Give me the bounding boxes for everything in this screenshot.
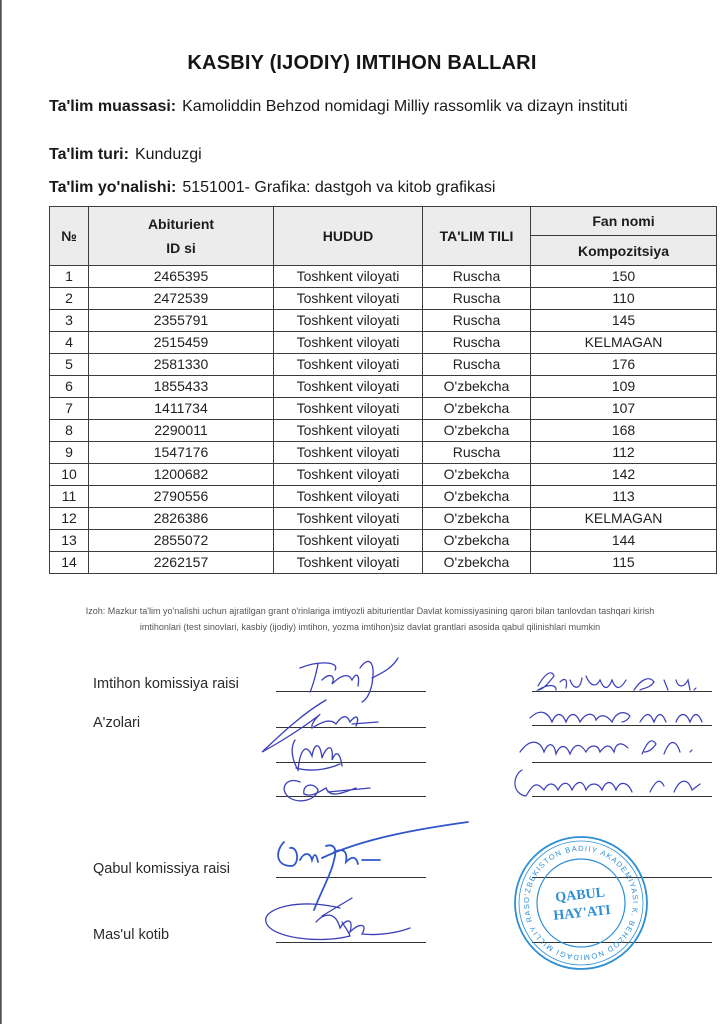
table-row: 22472539Toshkent viloyatiRuscha110 — [50, 288, 717, 310]
members-label: A'zolari — [93, 715, 140, 731]
table-row: 52581330Toshkent viloyatiRuscha176 — [50, 354, 717, 376]
footnote-line1: Izoh: Mazkur ta'lim yo'nalishi uchun ajr… — [50, 603, 690, 619]
name-line — [532, 691, 712, 692]
signature-line — [276, 942, 426, 943]
scan-edge — [0, 0, 2, 1024]
applicant-id-cell: 2515459 — [89, 332, 274, 354]
applicant-id-cell: 2581330 — [89, 354, 274, 376]
row-number-cell: 2 — [50, 288, 89, 310]
row-number-cell: 8 — [50, 420, 89, 442]
language-cell: O'zbekcha — [423, 376, 531, 398]
table-body: 12465395Toshkent viloyatiRuscha150224725… — [50, 266, 717, 574]
table-row: 32355791Toshkent viloyatiRuscha145 — [50, 310, 717, 332]
language-cell: O'zbekcha — [423, 464, 531, 486]
study-direction-value: 5151001- Grafika: dastgoh va kitob grafi… — [182, 179, 495, 196]
row-number-cell: 4 — [50, 332, 89, 354]
applicant-id-cell: 1411734 — [89, 398, 274, 420]
header-applicant-id: Abiturient ID si — [89, 207, 274, 266]
score-cell: 115 — [531, 552, 717, 574]
language-cell: O'zbekcha — [423, 508, 531, 530]
row-number-cell: 14 — [50, 552, 89, 574]
applicant-id-cell: 2290011 — [89, 420, 274, 442]
region-cell: Toshkent viloyati — [274, 332, 423, 354]
score-cell: 110 — [531, 288, 717, 310]
applicant-id-cell: 2262157 — [89, 552, 274, 574]
exam-chair-label: Imtihon komissiya raisi — [93, 676, 239, 692]
language-cell: O'zbekcha — [423, 552, 531, 574]
table-row: 82290011Toshkent viloyatiO'zbekcha168 — [50, 420, 717, 442]
study-type-label: Ta'lim turi: — [49, 146, 129, 163]
region-cell: Toshkent viloyati — [274, 464, 423, 486]
row-number-cell: 6 — [50, 376, 89, 398]
score-cell: 176 — [531, 354, 717, 376]
signature-line — [276, 762, 426, 763]
stamp-center-line2: HAY'ATI — [553, 903, 612, 924]
region-cell: Toshkent viloyati — [274, 376, 423, 398]
row-number-cell: 10 — [50, 464, 89, 486]
document-title: KASBIY (IJODIY) IMTIHON BALLARI — [0, 52, 724, 75]
score-cell: KELMAGAN — [531, 332, 717, 354]
applicant-id-cell: 1855433 — [89, 376, 274, 398]
language-cell: O'zbekcha — [423, 530, 531, 552]
table-row: 61855433Toshkent viloyatiO'zbekcha109 — [50, 376, 717, 398]
row-number-cell: 7 — [50, 398, 89, 420]
score-cell: 142 — [531, 464, 717, 486]
score-cell: 150 — [531, 266, 717, 288]
region-cell: Toshkent viloyati — [274, 530, 423, 552]
region-cell: Toshkent viloyati — [274, 288, 423, 310]
admission-chair-label: Qabul komissiya raisi — [93, 861, 230, 877]
header-applicant-id-line2: ID si — [89, 236, 273, 260]
region-cell: Toshkent viloyati — [274, 552, 423, 574]
institution-label: Ta'lim muassasi: — [49, 98, 176, 115]
header-subject: Kompozitsiya — [531, 236, 717, 266]
language-cell: Ruscha — [423, 266, 531, 288]
footnote-line2: imtihonlari (test sinovlari, kasbiy (ijo… — [50, 619, 690, 635]
study-type-line: Ta'lim turi:Kunduzgi — [49, 146, 202, 164]
score-cell: 109 — [531, 376, 717, 398]
table-row: 71411734Toshkent viloyatiO'zbekcha107 — [50, 398, 717, 420]
row-number-cell: 9 — [50, 442, 89, 464]
language-cell: O'zbekcha — [423, 420, 531, 442]
scores-table: № Abiturient ID si HUDUD TA'LIM TILI Fan… — [49, 206, 717, 574]
secretary-label: Mas'ul kotib — [93, 927, 169, 943]
header-subject-group: Fan nomi — [531, 207, 717, 236]
row-number-cell: 13 — [50, 530, 89, 552]
language-cell: Ruscha — [423, 310, 531, 332]
institution-value: Kamoliddin Behzod nomidagi Milliy rassom… — [182, 98, 628, 115]
region-cell: Toshkent viloyati — [274, 310, 423, 332]
language-cell: O'zbekcha — [423, 486, 531, 508]
signature-line — [276, 877, 426, 878]
score-cell: 145 — [531, 310, 717, 332]
study-direction-label: Ta'lim yo'nalishi: — [49, 179, 176, 196]
applicant-id-cell: 1200682 — [89, 464, 274, 486]
stamp-center-line1: QABUL — [555, 885, 606, 905]
admission-stamp: O'ZBEKISTON BADIIY AKADEMIYASI K. BEHZOD… — [511, 833, 651, 973]
region-cell: Toshkent viloyati — [274, 420, 423, 442]
table-row: 101200682Toshkent viloyatiO'zbekcha142 — [50, 464, 717, 486]
signature-line — [276, 727, 426, 728]
institution-line: Ta'lim muassasi:Kamoliddin Behzod nomida… — [49, 98, 628, 116]
score-cell: 112 — [531, 442, 717, 464]
region-cell: Toshkent viloyati — [274, 354, 423, 376]
study-type-value: Kunduzgi — [135, 146, 202, 163]
study-direction-line: Ta'lim yo'nalishi:5151001- Grafika: dast… — [49, 179, 495, 197]
row-number-cell: 12 — [50, 508, 89, 530]
name-line — [532, 762, 712, 763]
signature-line — [276, 691, 426, 692]
table-row: 132855072Toshkent viloyatiO'zbekcha144 — [50, 530, 717, 552]
name-line — [532, 796, 712, 797]
table-row: 122826386Toshkent viloyatiO'zbekchaKELMA… — [50, 508, 717, 530]
score-cell: 168 — [531, 420, 717, 442]
table-row: 42515459Toshkent viloyatiRuschaKELMAGAN — [50, 332, 717, 354]
region-cell: Toshkent viloyati — [274, 442, 423, 464]
table-row: 12465395Toshkent viloyatiRuscha150 — [50, 266, 717, 288]
table-row: 91547176Toshkent viloyatiRuscha112 — [50, 442, 717, 464]
applicant-id-cell: 2465395 — [89, 266, 274, 288]
row-number-cell: 3 — [50, 310, 89, 332]
applicant-id-cell: 2855072 — [89, 530, 274, 552]
table-row: 112790556Toshkent viloyatiO'zbekcha113 — [50, 486, 717, 508]
name-line — [532, 725, 712, 726]
row-number-cell: 11 — [50, 486, 89, 508]
region-cell: Toshkent viloyati — [274, 266, 423, 288]
language-cell: Ruscha — [423, 288, 531, 310]
region-cell: Toshkent viloyati — [274, 486, 423, 508]
row-number-cell: 1 — [50, 266, 89, 288]
applicant-id-cell: 2790556 — [89, 486, 274, 508]
applicant-id-cell: 2472539 — [89, 288, 274, 310]
header-no: № — [50, 207, 89, 266]
header-applicant-id-line1: Abiturient — [89, 212, 273, 236]
signature-line — [276, 796, 426, 797]
applicant-id-cell: 2355791 — [89, 310, 274, 332]
score-cell: 107 — [531, 398, 717, 420]
score-cell: 113 — [531, 486, 717, 508]
score-cell: 144 — [531, 530, 717, 552]
region-cell: Toshkent viloyati — [274, 398, 423, 420]
applicant-id-cell: 1547176 — [89, 442, 274, 464]
table-row: 142262157Toshkent viloyatiO'zbekcha115 — [50, 552, 717, 574]
region-cell: Toshkent viloyati — [274, 508, 423, 530]
language-cell: Ruscha — [423, 332, 531, 354]
language-cell: O'zbekcha — [423, 398, 531, 420]
header-language: TA'LIM TILI — [423, 207, 531, 266]
applicant-id-cell: 2826386 — [89, 508, 274, 530]
row-number-cell: 5 — [50, 354, 89, 376]
header-region: HUDUD — [274, 207, 423, 266]
footnote: Izoh: Mazkur ta'lim yo'nalishi uchun ajr… — [50, 603, 690, 635]
language-cell: Ruscha — [423, 442, 531, 464]
language-cell: Ruscha — [423, 354, 531, 376]
score-cell: KELMAGAN — [531, 508, 717, 530]
